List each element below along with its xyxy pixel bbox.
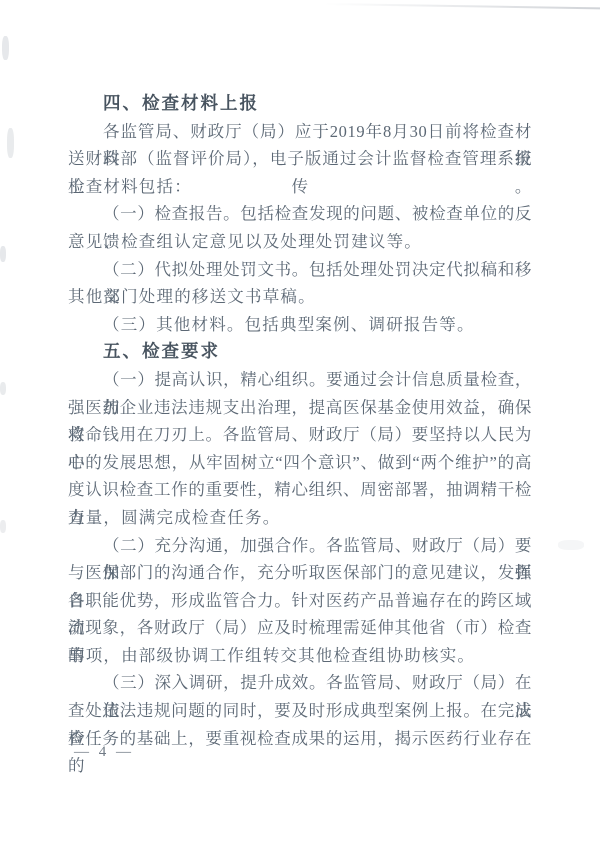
body-line: 意见、检查组认定意见以及处理处罚建议等。 (68, 228, 532, 256)
body-line: 事项，由部级协调工作组转交其他检查组协助核实。 (68, 642, 532, 670)
body-line: 查处违法违规问题的同时，要及时形成典型案例上报。在完成检 (68, 697, 532, 725)
scan-smudge (7, 128, 14, 158)
body-line: 查任务的基础上，要重视检查成果的运用，揭示医药行业存在的 (68, 725, 532, 753)
body-line: （三）其他材料。包括典型案例、调研报告等。 (68, 311, 532, 339)
body-line: 送财政部（监督评价局），电子版通过会计监督检查管理系统上传。 (68, 145, 532, 173)
body-line: 救命钱用在刀刃上。各监管局、财政厅（局）要坚持以人民为中 (68, 421, 532, 449)
body-line: 力量，圆满完成检查任务。 (68, 504, 532, 532)
body-line: （二）代拟处理处罚文书。包括处理处罚决定代拟稿和移交 (68, 256, 532, 284)
scan-edge-artifact (325, 3, 600, 9)
document-body: 四、检查材料上报 各监管局、财政厅（局）应于2019年8月30日前将检查材料报 … (68, 90, 532, 752)
body-line: 与医保部门的沟通合作，充分听取医保部门的意见建议，发挥各 (68, 559, 532, 587)
scan-smudge (0, 382, 6, 395)
body-line: 心的发展思想，从牢固树立“四个意识”、做到“两个维护”的高 (68, 449, 532, 477)
body-line: 各监管局、财政厅（局）应于2019年8月30日前将检查材料报 (68, 118, 532, 146)
body-line: 其他部门处理的移送文书草稿。 (68, 283, 532, 311)
section-heading-4: 四、检查材料上报 (68, 90, 532, 118)
document-page: 四、检查材料上报 各监管局、财政厅（局）应于2019年8月30日前将检查材料报 … (0, 0, 600, 848)
page-number: — 4 — (74, 742, 134, 762)
body-line: （三）深入调研，提升成效。各监管局、财政厅（局）在依法 (68, 669, 532, 697)
body-line: 动现象，各财政厅（局）应及时梳理需延伸其他省（市）检查的 (68, 614, 532, 642)
body-line: 自职能优势，形成监管合力。针对医药产品普遍存在的跨区域流 (68, 587, 532, 615)
scan-smudge (558, 540, 584, 550)
scan-smudge (2, 36, 9, 60)
body-line: （二）充分沟通，加强合作。各监管局、财政厅（局）要加强 (68, 532, 532, 560)
scan-smudge (0, 520, 6, 533)
body-line: 度认识检查工作的重要性，精心组织、周密部署，抽调精干检查 (68, 476, 532, 504)
body-line: （一）检查报告。包括检查发现的问题、被检查单位的反馈 (68, 200, 532, 228)
section-heading-5: 五、检查要求 (68, 338, 532, 366)
body-line: 强医药企业违法违规支出治理，提高医保基金使用效益，确保将 (68, 394, 532, 422)
body-line: （一）提高认识，精心组织。要通过会计信息质量检查，加 (68, 366, 532, 394)
scan-smudge (0, 246, 6, 262)
